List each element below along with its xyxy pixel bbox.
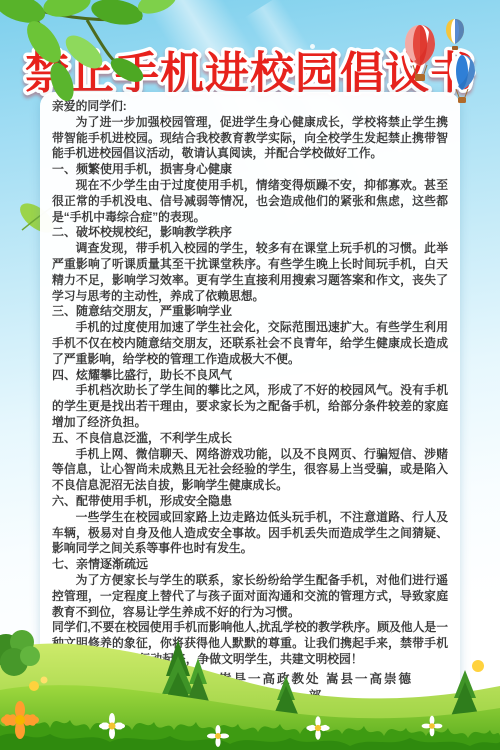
section-6-body: 一些学生在校园或回家路上边走路边低头玩手机，不注意道路、行人及车辆，极易对自身及… — [52, 510, 448, 557]
bush-left — [0, 630, 40, 676]
section-3-heading: 三、随意结交朋友，严重影响学业 — [52, 304, 448, 320]
daisy-flowers-icon — [99, 713, 442, 747]
content-card: 亲爱的同学们: 为了进一步加强校园管理，促进学生身心健康成长，学校将禁止学生携带… — [40, 92, 460, 704]
section-3-body: 手机的过度使用加速了学生社会化，交际范围迅速扩大。有些学生利用手机不仅在校内随意… — [52, 320, 448, 367]
page-title: 禁止手机进校园倡议书 — [25, 49, 475, 98]
section-2-body: 调查发现，带手机入校园的学生，较多有在课堂上玩手机的习惯。此举严重影响了听课质量… — [52, 241, 448, 304]
poster-background: 禁止手机进校园倡议书 亲爱的同学们: 为了进一步加强校园管理，促进学生身心健康成… — [0, 0, 500, 750]
section-1-body: 现在不少学生由于过度使用手机，情绪变得烦躁不安，抑郁寡欢。甚至很正常的手机没电、… — [52, 178, 448, 225]
greeting: 亲爱的同学们: — [52, 99, 448, 115]
section-2-heading: 二、破坏校规校纪，影响教学秩序 — [52, 225, 448, 241]
intro-paragraph: 为了进一步加强校园管理，促进学生身心健康成长，学校将禁止学生携带智能手机进校园。… — [52, 115, 448, 162]
signature-block: 嵩县一高政教处 嵩县一高崇德部 2023.2.20 — [212, 671, 420, 704]
signature: 嵩县一高政教处 嵩县一高崇德部 — [212, 671, 420, 704]
section-6-heading: 六、配带使用手机，形成安全隐患 — [52, 494, 448, 510]
orange-flower-icon — [1, 701, 39, 739]
section-1-heading: 一、频繁使用手机，损害身心健康 — [52, 162, 448, 178]
section-4-heading: 四、炫耀攀比盛行，助长不良风气 — [52, 368, 448, 384]
closing-paragraph: 同学们,不要在校园使用手机而影响他人,扰乱学校的教学秩序。顾及他人是一种文明修养… — [52, 620, 448, 667]
section-7-body: 为了方便家长与学生的联系，家长纷纷给学生配备手机，对他们进行遥控管理，一定程度上… — [52, 573, 448, 620]
section-4-body: 手机档次助长了学生间的攀比之风，形成了不好的校园风气。没有手机的学生更是找出若干… — [52, 383, 448, 430]
section-7-heading: 七、亲情逐渐疏远 — [52, 557, 448, 573]
section-5-body: 手机上网、微信聊天、网络游戏功能，以及不良网页、行骗短信、涉赌等信息，让心智尚未… — [52, 447, 448, 494]
grass-blades — [0, 718, 500, 750]
section-5-heading: 五、不良信息泛滥，不利学生成长 — [52, 431, 448, 447]
